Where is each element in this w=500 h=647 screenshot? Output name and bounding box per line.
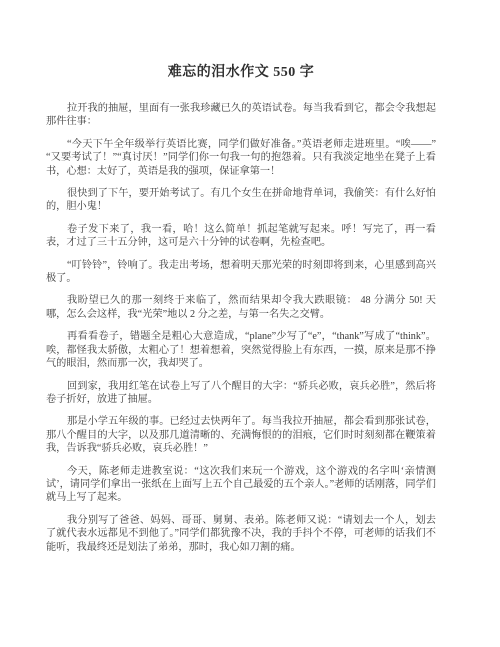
essay-title: 难忘的泪水作文 550 字 — [46, 0, 436, 81]
essay-paragraph: 我盼望已久的那一刻终于来临了，然而结果却令我大跌眼镜： 48 分满分 50! 天… — [46, 294, 436, 321]
essay-paragraph: 很快到了下午，要开始考试了。有几个女生在拼命地背单词，我偷笑：有什么好怕的，胆小… — [46, 187, 436, 214]
essay-paragraph: 再看看卷子，错题全是粗心大意造成，“plane”少写了“e”，“thank”写成… — [46, 330, 436, 370]
document-content: 难忘的泪水作文 550 字 拉开我的抽屉，里面有一张我珍藏已久的英语试卷。每当我… — [46, 0, 436, 554]
essay-paragraph: “叮铃铃”，铃响了。我走出考场，想着明天那光荣的时刻即将到来，心里感到高兴极了。 — [46, 259, 436, 286]
essay-paragraph: 卷子发下来了，我一看，哈！这么简单！抓起笔就写起来。呼！写完了，再一看表，才过了… — [46, 223, 436, 250]
essay-paragraph: “今天下午全年级举行英语比赛，同学们做好准备。”英语老师走进班里。“唉——”“又… — [46, 138, 436, 178]
document-page: 难忘的泪水作文 550 字 拉开我的抽屉，里面有一张我珍藏已久的英语试卷。每当我… — [0, 0, 500, 647]
essay-body: 拉开我的抽屉，里面有一张我珍藏已久的英语试卷。每当我看到它，都会令我想起那件往事… — [46, 102, 436, 554]
essay-paragraph: 我分别写了爸爸、妈妈、哥哥、舅舅、表弟。陈老师又说：“请划去一个人，划去了就代表… — [46, 514, 436, 554]
essay-paragraph: 拉开我的抽屉，里面有一张我珍藏已久的英语试卷。每当我看到它，都会令我想起那件往事… — [46, 102, 436, 129]
essay-paragraph: 回到家，我用红笔在试卷上写了八个醒目的大字：“骄兵必败，哀兵必胜”，然后将卷子折… — [46, 380, 436, 407]
essay-paragraph: 那是小学五年级的事。已经过去快两年了。每当我拉开抽屉，都会看到那张试卷，那八个醒… — [46, 415, 436, 455]
essay-paragraph: 今天，陈老师走进教室说：“这次我们来玩一个游戏，这个游戏的名字叫‘亲情测试’，请… — [46, 465, 436, 505]
